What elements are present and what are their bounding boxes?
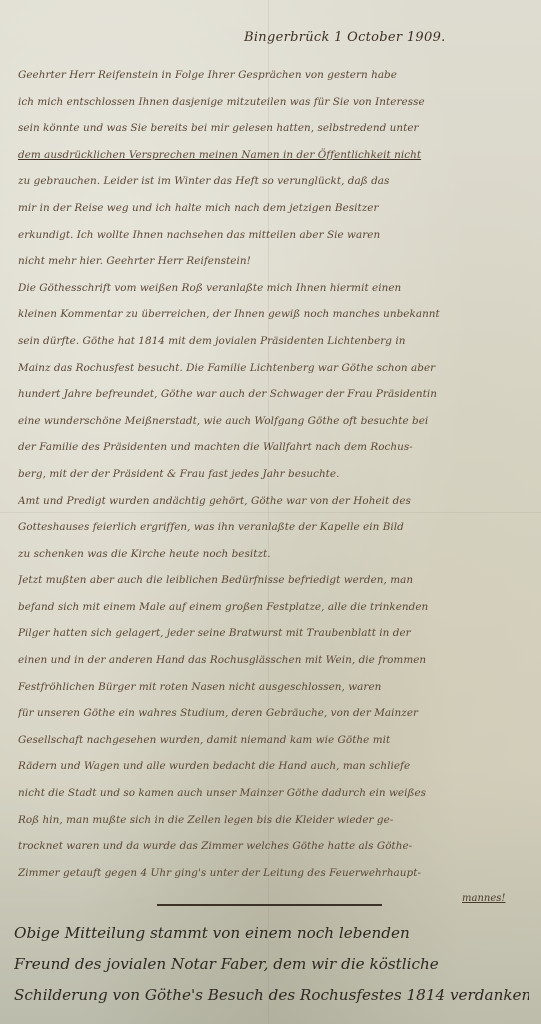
letter-line: Die Göthesschrift vom weißen Roß veranla…	[18, 275, 526, 302]
scanned-letter-page: Bingerbrück 1 October 1909. Geehrter Her…	[0, 0, 541, 1024]
letter-line: sein könnte und was Sie bereits bei mir …	[18, 115, 526, 142]
letter-body: Geehrter Herr Reifenstein in Folge Ihrer…	[18, 62, 526, 886]
letter-line: sein dürfte. Göthe hat 1814 mit dem jovi…	[18, 328, 526, 355]
letter-line: für unseren Göthe ein wahres Studium, de…	[18, 700, 526, 727]
letter-line: Mainz das Rochusfest besucht. Die Famili…	[18, 355, 526, 382]
letter-line: erkundigt. Ich wollte Ihnen nachsehen da…	[18, 222, 526, 249]
letter-line: zu schenken was die Kirche heute noch be…	[18, 541, 526, 568]
section-divider	[157, 904, 382, 906]
note-line: Freund des jovialen Notar Faber, dem wir…	[14, 949, 529, 980]
note-line: Schilderung von Göthe's Besuch des Rochu…	[14, 980, 529, 1011]
letter-line: Amt und Predigt wurden andächtig gehört,…	[18, 488, 526, 515]
letter-line: mir in der Reise weg und ich halte mich …	[18, 195, 526, 222]
letter-line: trocknet waren und da wurde das Zimmer w…	[18, 833, 526, 860]
letter-line: nicht die Stadt und so kamen auch unser …	[18, 780, 526, 807]
letter-line: der Familie des Präsidenten und machten …	[18, 434, 526, 461]
letter-dateline: Bingerbrück 1 October 1909.	[244, 30, 446, 45]
letter-line: einen und in der anderen Hand das Rochus…	[18, 647, 526, 674]
letter-line: Gotteshauses feierlich ergriffen, was ih…	[18, 514, 526, 541]
letter-line: kleinen Kommentar zu überreichen, der Ih…	[18, 301, 526, 328]
letter-line: Festfröhlichen Bürger mit roten Nasen ni…	[18, 674, 526, 701]
letter-line: Rädern und Wagen und alle wurden bedacht…	[18, 753, 526, 780]
letter-line: Zimmer getauft gegen 4 Uhr ging's unter …	[18, 860, 526, 887]
letter-line: zu gebrauchen. Leider ist im Winter das …	[18, 168, 526, 195]
letter-line: Pilger hatten sich gelagert, jeder seine…	[18, 620, 526, 647]
editorial-note: Obige Mitteilung stammt von einem noch l…	[14, 918, 529, 1011]
letter-line: Roß hin, man mußte sich in die Zellen le…	[18, 807, 526, 834]
letter-line: nicht mehr hier. Geehrter Herr Reifenste…	[18, 248, 526, 275]
letter-signoff: mannes!	[462, 893, 505, 904]
letter-line: ich mich entschlossen Ihnen dasjenige mi…	[18, 89, 526, 116]
letter-line: Geehrter Herr Reifenstein in Folge Ihrer…	[18, 62, 526, 89]
letter-line: eine wunderschöne Meißnerstadt, wie auch…	[18, 408, 526, 435]
letter-line: befand sich mit einem Male auf einem gro…	[18, 594, 526, 621]
letter-line: Gesellschaft nachgesehen wurden, damit n…	[18, 727, 526, 754]
letter-line-underlined: dem ausdrücklichen Versprechen meinen Na…	[18, 142, 526, 169]
letter-line: Jetzt mußten aber auch die leiblichen Be…	[18, 567, 526, 594]
letter-line: berg, mit der der Präsident & Frau fast …	[18, 461, 526, 488]
letter-line: hundert Jahre befreundet, Göthe war auch…	[18, 381, 526, 408]
note-line: Obige Mitteilung stammt von einem noch l…	[14, 918, 529, 949]
